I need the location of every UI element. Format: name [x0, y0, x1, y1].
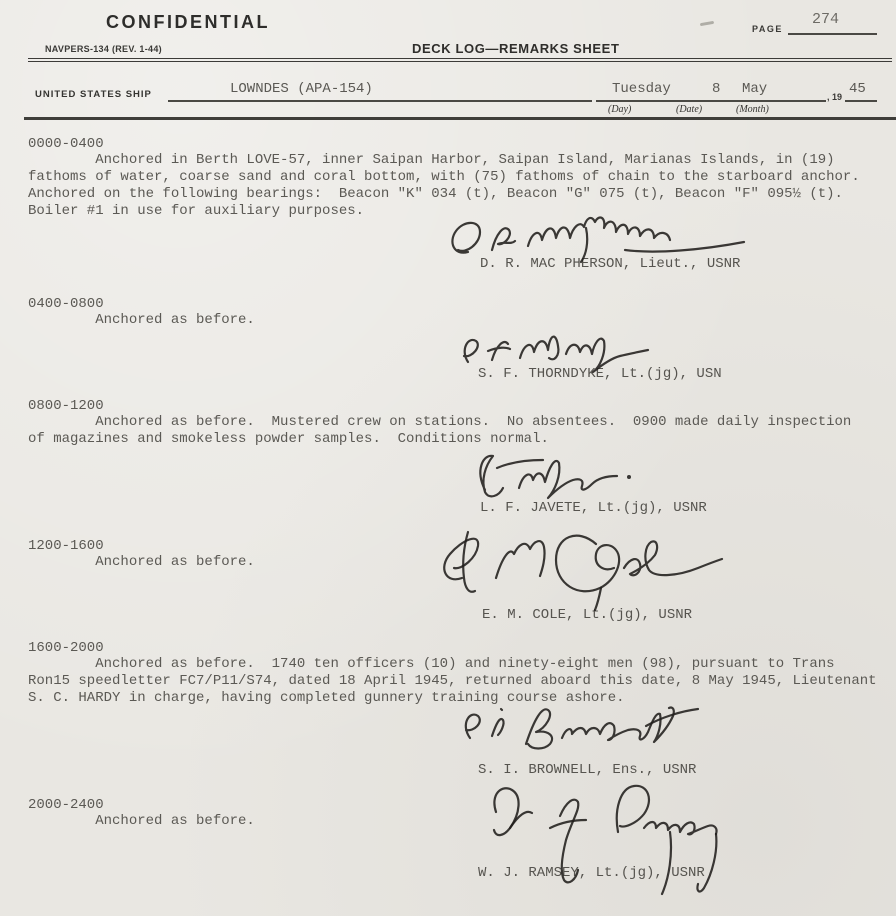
entry-time: 1600-2000: [28, 640, 104, 656]
date-month: May: [742, 81, 767, 97]
entry-text: Anchored as before. Mustered crew on sta…: [28, 414, 884, 448]
ship-name: LOWNDES (APA-154): [230, 81, 373, 97]
handwritten-signature: [448, 698, 738, 764]
entry-time: 0000-0400: [28, 136, 104, 152]
year-prefix: , 19: [827, 92, 842, 102]
deck-log-page: CONFIDENTIAL PAGE 274 NAVPERS-134 (REV. …: [0, 0, 896, 916]
page-label: PAGE: [752, 24, 783, 34]
handwritten-signature: [468, 776, 748, 906]
date-year: 45: [849, 81, 866, 97]
header-double-rule: [28, 58, 892, 62]
date-number: 8: [712, 81, 720, 97]
page-number: 274: [812, 11, 839, 28]
scan-mark: [700, 21, 714, 26]
date-underline: [596, 100, 826, 102]
month-caption: (Month): [736, 104, 769, 115]
handwritten-signature: [452, 328, 667, 376]
ship-name-underline: [168, 100, 592, 102]
entry-text: Anchored in Berth LOVE-57, inner Saipan …: [28, 152, 884, 220]
header-thick-rule: [24, 117, 896, 120]
handwritten-signature: [455, 446, 665, 504]
entry-time: 1200-1600: [28, 538, 104, 554]
entry-text: Anchored as before.: [28, 813, 884, 830]
ship-label: UNITED STATES SHIP: [35, 89, 152, 100]
entry-time: 2000-2400: [28, 797, 104, 813]
year-underline: [845, 100, 877, 102]
date-day: Tuesday: [612, 81, 671, 97]
form-number: NAVPERS-134 (REV. 1-44): [45, 44, 162, 54]
entry-time: 0400-0800: [28, 296, 104, 312]
classification-stamp: CONFIDENTIAL: [106, 12, 270, 33]
day-caption: (Day): [608, 104, 631, 115]
handwritten-signature: [428, 520, 728, 612]
page-number-underline: [788, 33, 877, 35]
entry-time: 0800-1200: [28, 398, 104, 414]
handwritten-signature: [440, 212, 780, 267]
sheet-title: DECK LOG—REMARKS SHEET: [412, 41, 620, 56]
date-caption: (Date): [676, 104, 702, 115]
entry-text: Anchored as before.: [28, 312, 884, 329]
